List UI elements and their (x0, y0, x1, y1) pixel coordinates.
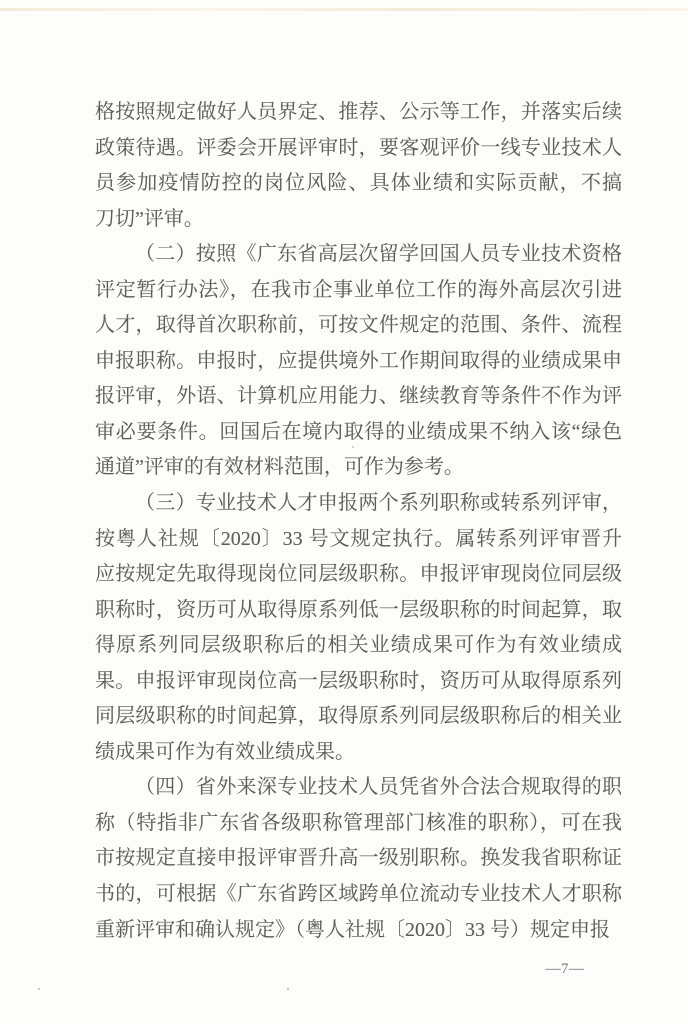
paper-speck (287, 988, 289, 990)
text-line: 称（特指非广东省各级职称管理部门核准的职称），可在我 (95, 806, 622, 842)
text-line: （二）按照《广东省高层次留学回国人员专业技术资格 (95, 237, 622, 273)
document-page: 格按照规定做好人员界定、推荐、公示等工作，并落实后续政策待遇。评委会开展评审时，… (0, 0, 688, 1024)
text-line: 格按照规定做好人员界定、推荐、公示等工作，并落实后续 (95, 95, 622, 131)
text-line: 同层级职称的时间起算，取得原系列同层级职称后的相关业 (95, 699, 622, 735)
page-number: —7— (543, 958, 587, 980)
text-line: 政策待遇。评委会开展评审时，要客观评价一线专业技术人 (95, 131, 622, 167)
text-line: 得原系列同层级职称后的相关业绩成果可作为有效业绩成 (95, 628, 622, 664)
scan-top-edge (0, 8, 688, 11)
text-line: 市按规定直接申报评审晋升高一级别职称。换发我省职称证 (95, 841, 622, 877)
text-line: 报评审，外语、计算机应用能力、继续教育等条件不作为评 (95, 379, 622, 415)
text-line: 果。申报评审现岗位高一层级职称时，资历可从取得原系列 (95, 664, 622, 700)
text-line: 职称时，资历可从取得原系列低一层级职称的时间起算，取 (95, 593, 622, 629)
text-line: 人才，取得首次职称前，可按文件规定的范围、条件、流程 (95, 308, 622, 344)
paper-speck (352, 446, 354, 448)
text-line: 员参加疫情防控的岗位风险、具体业绩和实际贡献，不搞“一 (95, 166, 622, 202)
text-line: 审必要条件。回国后在境内取得的业绩成果不纳入该“绿色 (95, 415, 622, 451)
text-line: 评定暂行办法》，在我市企事业单位工作的海外高层次引进 (95, 273, 622, 309)
document-body: 格按照规定做好人员界定、推荐、公示等工作，并落实后续政策待遇。评委会开展评审时，… (95, 95, 622, 948)
text-line: 绩成果可作为有效业绩成果。 (95, 735, 622, 771)
paper-speck (38, 988, 40, 990)
text-line: 申报职称。申报时，应提供境外工作期间取得的业绩成果申 (95, 344, 622, 380)
text-line: 刀切”评审。 (95, 202, 622, 238)
text-line: 按粤人社规〔2020〕33 号文规定执行。属转系列评审晋升的， (95, 522, 622, 558)
text-line: 应按规定先取得现岗位同层级职称。申报评审现岗位同层级 (95, 557, 622, 593)
text-line: 书的，可根据《广东省跨区域跨单位流动专业技术人才职称 (95, 877, 622, 913)
text-line: 重新评审和确认规定》（粤人社规〔2020〕33 号）规定申报 (95, 913, 622, 949)
text-line: （三）专业技术人才申报两个系列职称或转系列评审， (95, 486, 622, 522)
text-line: 通道”评审的有效材料范围，可作为参考。 (95, 450, 622, 486)
text-line: （四）省外来深专业技术人员凭省外合法合规取得的职 (95, 770, 622, 806)
